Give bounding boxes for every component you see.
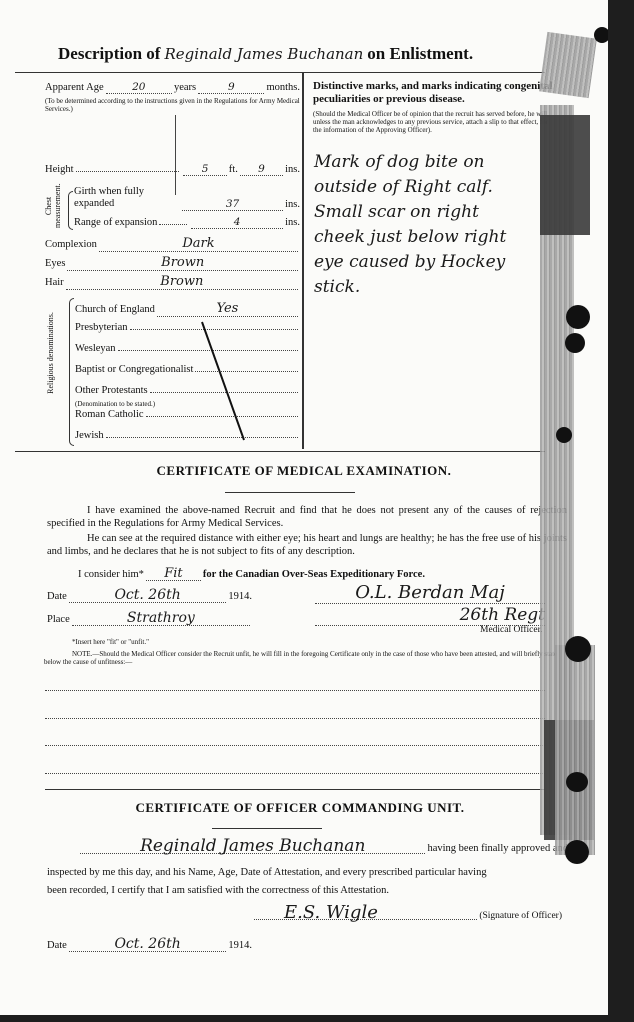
medical-title-rule bbox=[225, 492, 355, 493]
marks-note: (Should the Medical Officer be of opinio… bbox=[313, 110, 553, 134]
medical-officer-signature: O.L. Berdan Maj bbox=[315, 582, 545, 604]
medical-bottom-rule bbox=[45, 789, 545, 790]
girth-row: 37 ins. bbox=[180, 198, 300, 211]
age-note: (To be determined according to the instr… bbox=[45, 97, 300, 113]
height-ft-value: 5 bbox=[183, 163, 226, 176]
title-prefix: Description of bbox=[58, 44, 160, 64]
complexion-value: Dark bbox=[99, 236, 298, 252]
medical-officer-label: Medical Officer. bbox=[480, 625, 543, 635]
apparent-age-row: Apparent Age 20 years 9 months. bbox=[45, 81, 300, 94]
fitness-value: Fit bbox=[146, 567, 201, 581]
distinctive-marks-text: Mark of dog bite onoutside of Right calf… bbox=[314, 150, 564, 300]
consider-row: I consider him* Fit for the Canadian Ove… bbox=[78, 567, 498, 581]
religion-label-text: Jewish bbox=[75, 430, 104, 441]
commanding-signature-row: E.S. Wigle (Signature of Officer) bbox=[252, 906, 562, 923]
commanding-officer-signature: E.S. Wigle bbox=[254, 906, 477, 920]
religion-row: Church of EnglandYes bbox=[75, 301, 300, 317]
height-row: Height 5 ft. 9 ins. bbox=[45, 163, 300, 176]
complexion-row: Complexion Dark bbox=[45, 236, 300, 252]
binder-hole bbox=[594, 27, 608, 43]
unfit-note: NOTE.—Should the Medical Officer conside… bbox=[44, 650, 564, 666]
commanding-date-row: Date Oct. 26th 1914. bbox=[47, 938, 252, 952]
eyes-value: Brown bbox=[67, 255, 298, 271]
religion-row: Roman Catholic bbox=[75, 409, 300, 420]
medical-para-1: I have examined the above-named Recruit … bbox=[47, 504, 567, 530]
document-title: Description of Reginald James Buchanan o… bbox=[58, 44, 473, 64]
binder-hole bbox=[566, 772, 588, 792]
commanding-recruit-name: Reginald James Buchanan bbox=[80, 840, 425, 854]
range-row: Range of expansion 4 ins. bbox=[74, 216, 300, 229]
religion-value: Yes bbox=[157, 301, 298, 317]
unfitness-line-2[interactable] bbox=[45, 718, 545, 719]
binder-hole bbox=[566, 305, 590, 329]
recruit-name: Reginald James Buchanan bbox=[164, 45, 363, 63]
marks-line: outside of Right calf. bbox=[314, 175, 564, 200]
marks-line: Mark of dog bite on bbox=[314, 150, 564, 175]
hair-row: Hair Brown bbox=[45, 274, 300, 290]
commanding-text-3: been recorded, I certify that I am satis… bbox=[47, 884, 389, 897]
religion-row: Baptist or Congregationalist bbox=[75, 364, 300, 375]
marks-line: cheek just below right bbox=[314, 225, 564, 250]
religion-label: Religious denominations. bbox=[46, 311, 55, 395]
unfitness-line-1[interactable] bbox=[45, 690, 545, 691]
eyes-row: Eyes Brown bbox=[45, 255, 300, 271]
range-value: 4 bbox=[191, 216, 283, 229]
binder-hole bbox=[556, 427, 572, 443]
title-suffix: on Enlistment. bbox=[367, 44, 473, 64]
place-row: Place Strathroy bbox=[47, 612, 252, 626]
religion-brace bbox=[69, 298, 74, 446]
force-name: for the Canadian Over-Seas Expeditionary… bbox=[203, 568, 425, 581]
medical-officer-unit: 26th Regt bbox=[315, 605, 545, 626]
medical-date-row: Date Oct. 26th 1914. bbox=[47, 589, 252, 603]
commanding-certificate-title: CERTIFICATE OF OFFICER COMMANDING UNIT. bbox=[0, 800, 600, 816]
height-in-value: 9 bbox=[240, 163, 283, 176]
title-rule bbox=[15, 72, 545, 73]
religion-label-text: Church of England bbox=[75, 304, 155, 315]
marks-line: stick. bbox=[314, 275, 564, 300]
religion-row: Presbyterian bbox=[75, 322, 300, 333]
attestation-page: Description of Reginald James Buchanan o… bbox=[0, 0, 608, 1015]
other-protestants-note: (Denomination to be stated.) bbox=[75, 400, 155, 408]
place-value: Strathroy bbox=[72, 612, 250, 626]
commanding-title-rule bbox=[212, 828, 322, 829]
chest-measurement-label: Chest measurement. bbox=[44, 184, 62, 228]
medical-certificate-title: CERTIFICATE OF MEDICAL EXAMINATION. bbox=[0, 463, 608, 479]
medical-para-2: He can see at the required distance with… bbox=[47, 532, 567, 558]
religion-label-text: Other Protestants bbox=[75, 385, 148, 396]
commanding-text-2: inspected by me this day, and his Name, … bbox=[47, 866, 487, 879]
column-divider bbox=[302, 73, 304, 449]
value-column-divider bbox=[175, 115, 176, 195]
marks-heading: Distinctive marks, and marks indicating … bbox=[313, 80, 553, 106]
religion-label-text: Baptist or Congregationalist bbox=[75, 364, 193, 375]
age-months-value: 9 bbox=[198, 81, 264, 94]
tape-strip-top bbox=[539, 32, 597, 98]
marks-line: Small scar on right bbox=[314, 200, 564, 225]
unfitness-line-3[interactable] bbox=[45, 745, 545, 746]
tape-strip-lower bbox=[555, 645, 595, 855]
religion-row: Wesleyan bbox=[75, 343, 300, 354]
marks-line: eye caused by Hockey bbox=[314, 250, 564, 275]
binder-hole bbox=[565, 840, 589, 864]
tape-dark-patch bbox=[540, 115, 590, 235]
chest-brace bbox=[68, 191, 73, 230]
unfitness-line-4[interactable] bbox=[45, 773, 545, 774]
religion-row: Jewish bbox=[75, 430, 300, 441]
binder-hole bbox=[565, 333, 585, 353]
description-bottom-rule bbox=[15, 451, 545, 452]
hair-value: Brown bbox=[66, 274, 298, 290]
fit-footnote: *Insert here "fit" or "unfit." bbox=[72, 638, 149, 646]
religion-label-text: Presbyterian bbox=[75, 322, 128, 333]
medical-date-value: Oct. 26th bbox=[69, 589, 227, 603]
religion-row: Other Protestants bbox=[75, 385, 300, 396]
age-years-value: 20 bbox=[106, 81, 172, 94]
binder-hole bbox=[565, 636, 591, 662]
girth-label: Girth when fully expanded bbox=[74, 186, 174, 210]
strike-through-line bbox=[200, 320, 250, 445]
commanding-date-value: Oct. 26th bbox=[69, 938, 227, 952]
religion-label-text: Roman Catholic bbox=[75, 409, 144, 420]
religion-label-text: Wesleyan bbox=[75, 343, 116, 354]
commanding-name-row: Reginald James Buchanan having been fina… bbox=[78, 840, 568, 855]
girth-value: 37 bbox=[182, 198, 283, 211]
